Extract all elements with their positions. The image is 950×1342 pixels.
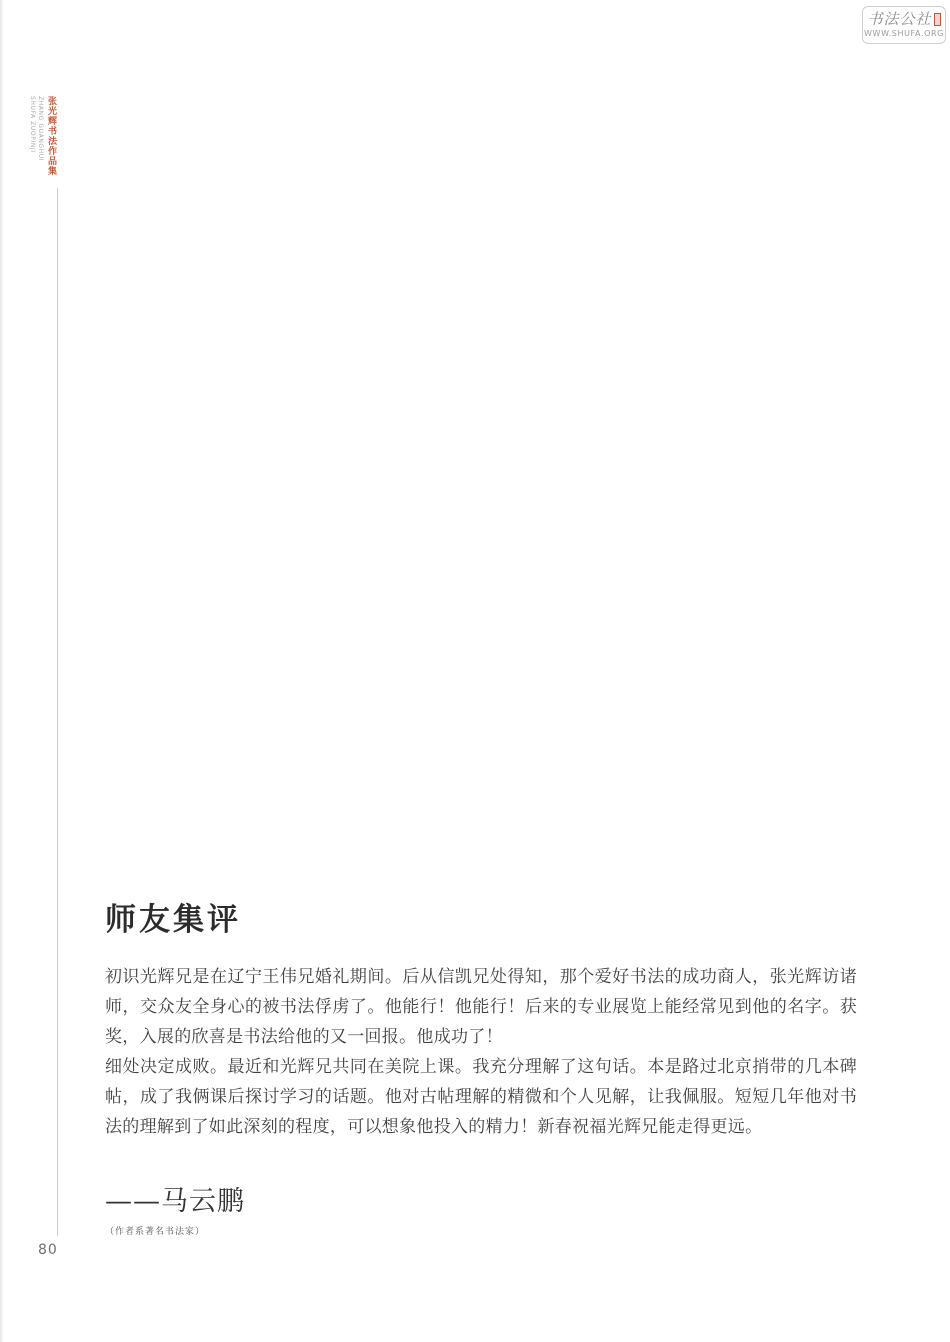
logo-row: 书法公社 (863, 9, 945, 30)
article-paragraph-1: 初识光辉兄是在辽宁王伟兄婚礼期间。后从信凯兄处得知，那个爱好书法的成功商人，张光… (105, 962, 857, 1052)
red-seal-icon (934, 13, 941, 26)
spine-title-pinyin-2: SHUFA ZUOPINJI (28, 96, 36, 206)
spine-title-pinyin-1: ZHANG GUANGHUI (36, 96, 44, 206)
left-vertical-rule (57, 188, 58, 1236)
page-number: 80 (38, 1242, 58, 1258)
scanned-book-page: 书法公社 WWW.SHUFA.ORG 张光辉书法作品集 ZHANG GUANGH… (0, 0, 950, 1342)
scan-edge (0, 0, 3, 1342)
article-paragraph-2: 细处决定成败。最近和光辉兄共同在美院上课。我充分理解了这句话。本是路过北京捎带的… (105, 1052, 857, 1142)
shufa-watermark-logo: 书法公社 WWW.SHUFA.ORG (862, 6, 946, 44)
logo-url-text: WWW.SHUFA.ORG (863, 30, 945, 38)
spine-title-block: 张光辉书法作品集 ZHANG GUANGHUI SHUFA ZUOPINJI (28, 96, 58, 206)
logo-calligraphy-text: 书法公社 (867, 12, 931, 27)
article-block: 师友集评 初识光辉兄是在辽宁王伟兄婚礼期间。后从信凯兄处得知，那个爱好书法的成功… (105, 905, 857, 1237)
article-body: 初识光辉兄是在辽宁王伟兄婚礼期间。后从信凯兄处得知，那个爱好书法的成功商人，张光… (105, 962, 857, 1142)
author-signature: ——马云鹏 (105, 1188, 857, 1215)
author-signature-note: （作者系著名书法家） (105, 1224, 857, 1237)
article-title: 师友集评 (105, 905, 857, 936)
spine-title-chinese: 张光辉书法作品集 (44, 96, 58, 206)
